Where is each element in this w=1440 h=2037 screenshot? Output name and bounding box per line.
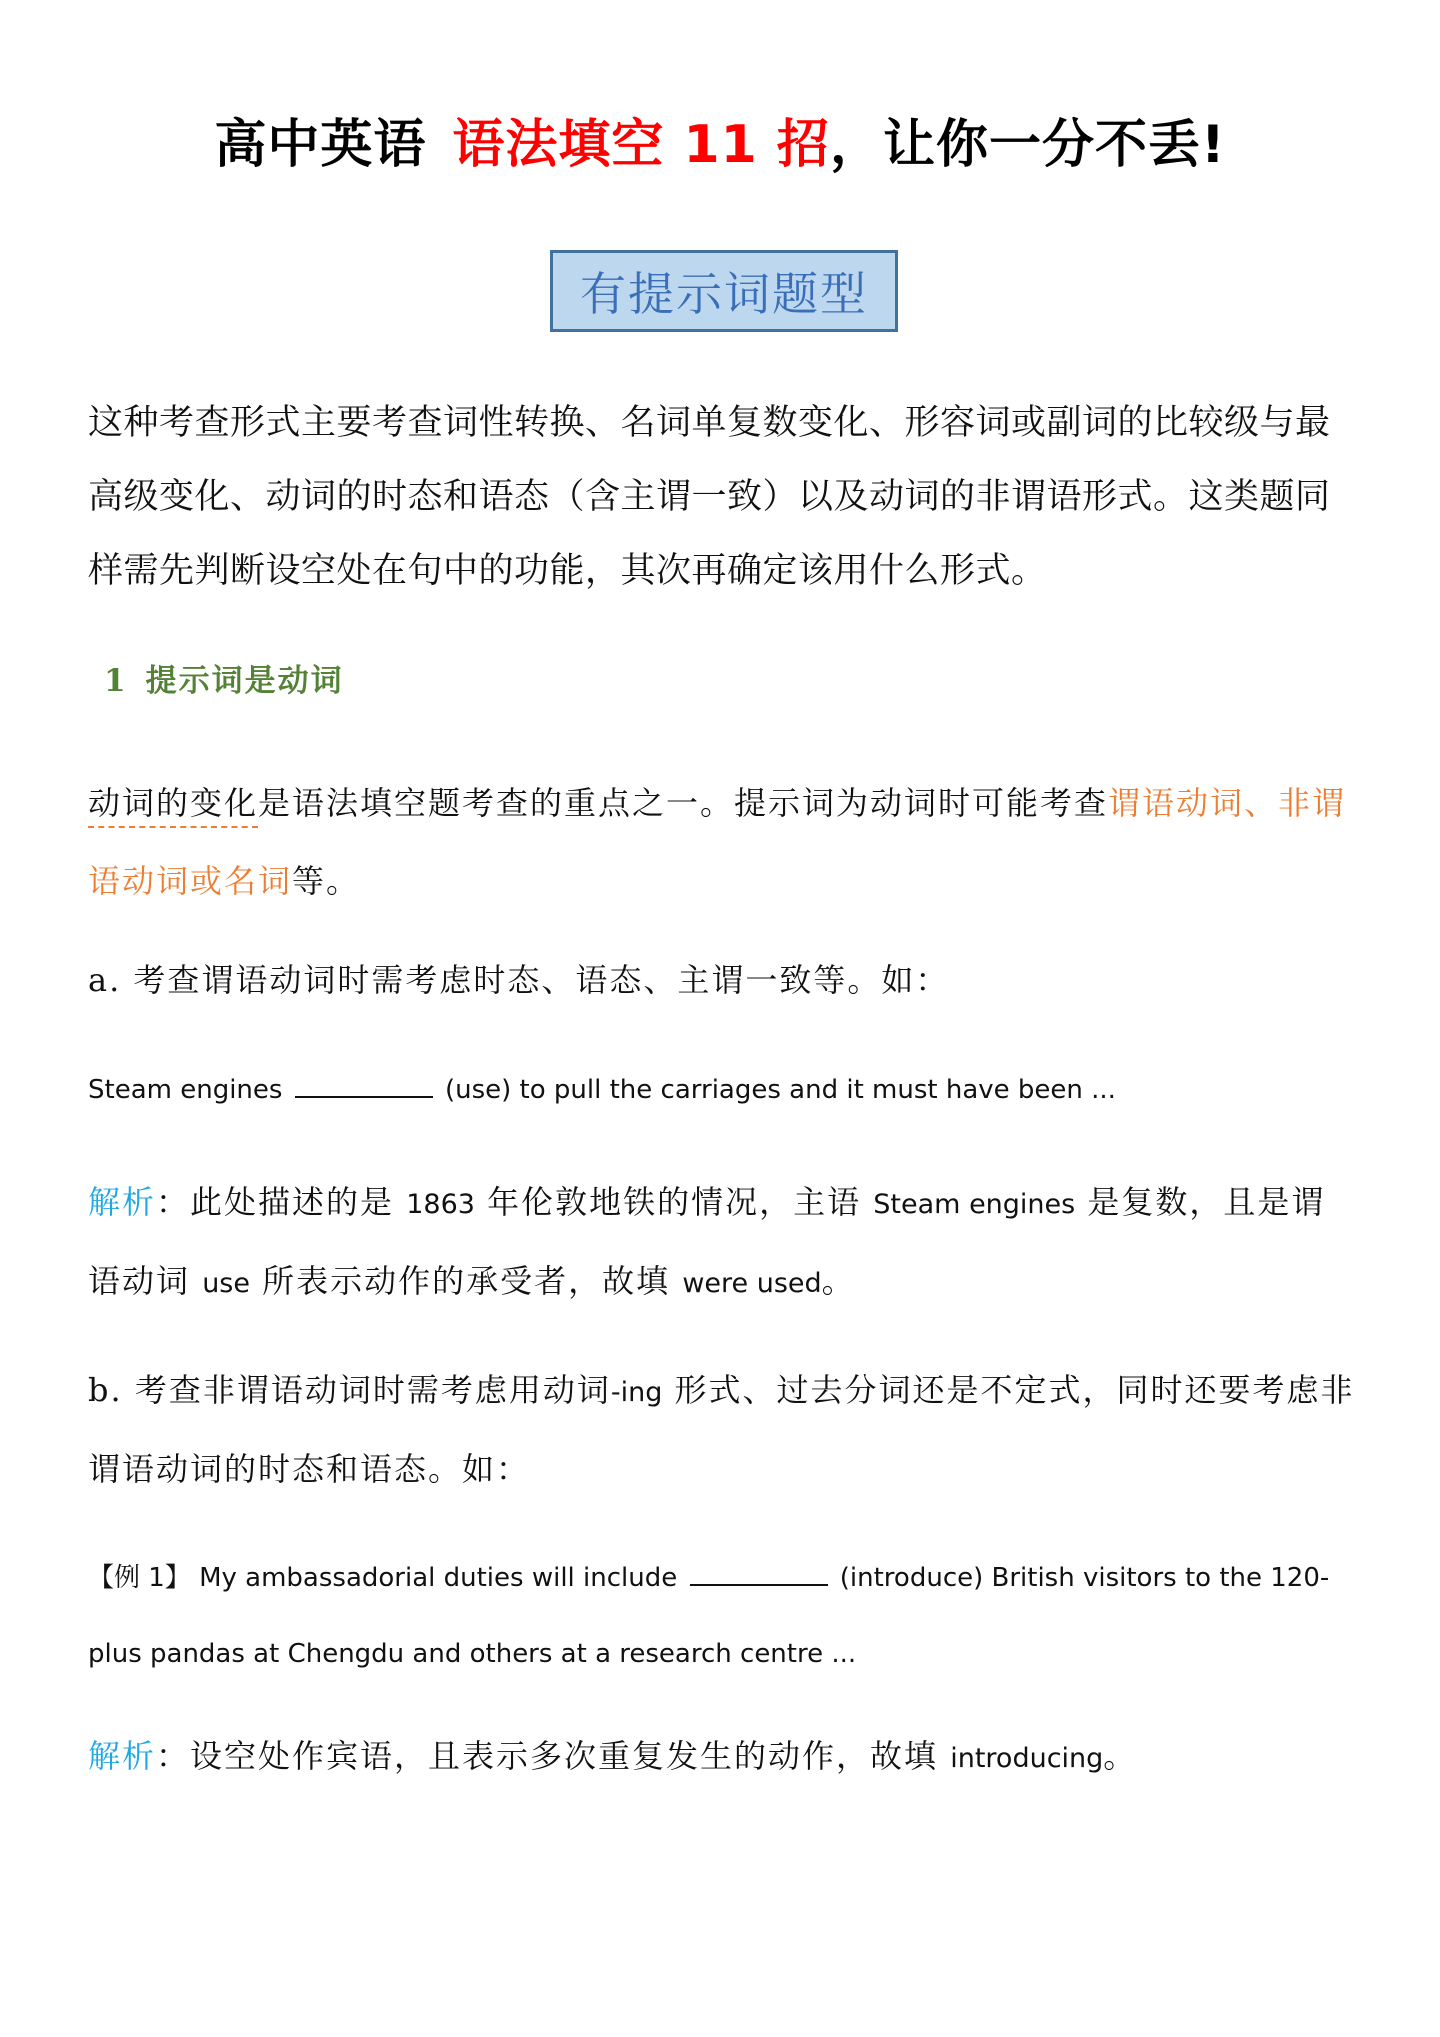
example-text-before: Steam engines bbox=[88, 1075, 282, 1105]
title-prefix: 高中英语 bbox=[214, 115, 426, 175]
example-text-after: (use) to pull the carriages and it must … bbox=[445, 1075, 1116, 1105]
fill-blank bbox=[295, 1074, 433, 1098]
example-text-before: My ambassadorial duties will include bbox=[199, 1563, 677, 1593]
analysis-end: 。 bbox=[822, 1262, 856, 1300]
example-tag: 【例 1】 bbox=[88, 1563, 191, 1593]
section-label-box: 有提示词题型 bbox=[550, 250, 898, 332]
example-1: 【例 1】 My ambassadorial duties will inclu… bbox=[88, 1540, 1358, 1692]
analysis-label: 解析 bbox=[88, 1183, 156, 1221]
point-b-ing: -ing bbox=[611, 1377, 663, 1408]
analysis-end: 。 bbox=[1103, 1737, 1137, 1775]
point-b-text: b. 考查非谓语动词时需考虑用动词 bbox=[88, 1371, 611, 1409]
analysis-text: 此处描述的是 bbox=[190, 1183, 406, 1221]
subheading-label: 提示词是动词 bbox=[146, 663, 344, 699]
analysis-answer: were used bbox=[682, 1268, 821, 1299]
analysis-text: 所表示动作的承受者，故填 bbox=[250, 1262, 682, 1300]
example-a-sentence: Steam engines (use) to pull the carriage… bbox=[88, 1070, 1116, 1110]
analysis-verb: use bbox=[202, 1268, 250, 1299]
analysis-year: 1863 bbox=[406, 1189, 475, 1220]
analysis-subject: Steam engines bbox=[873, 1189, 1075, 1220]
underlined-term: 动词的变化 bbox=[88, 784, 258, 822]
page-title: 高中英语语法填空 11 招，让你一分不丢! bbox=[0, 110, 1440, 180]
analysis-text: 设空处作宾语，且表示多次重复发生的动作，故填 bbox=[190, 1737, 950, 1775]
subheading-number: 1 bbox=[104, 663, 128, 699]
analysis-colon: ： bbox=[156, 1183, 190, 1221]
analysis-a: 解析：此处描述的是 1863 年伦敦地铁的情况，主语 Steam engines… bbox=[88, 1164, 1358, 1322]
paragraph-end: 等。 bbox=[292, 862, 360, 900]
subheading: 1提示词是动词 bbox=[104, 656, 344, 706]
fill-blank bbox=[690, 1562, 828, 1586]
intro-paragraph: 这种考查形式主要考查词性转换、名词单复数变化、形容词或副词的比较级与最高级变化、… bbox=[88, 386, 1358, 608]
analysis-colon: ： bbox=[156, 1737, 190, 1775]
analysis-text: 年伦敦地铁的情况，主语 bbox=[475, 1183, 873, 1221]
analysis-b: 解析：设空处作宾语，且表示多次重复发生的动作，故填 introducing。 bbox=[88, 1718, 1358, 1797]
title-accent: 语法填空 11 招 bbox=[452, 115, 830, 175]
paragraph-text: 是语法填空题考查的重点之一。提示词为动词时可能考查 bbox=[258, 784, 1108, 822]
verb-change-paragraph: 动词的变化是语法填空题考查的重点之一。提示词为动词时可能考查谓语动词、非谓语动词… bbox=[88, 764, 1358, 920]
analysis-label: 解析 bbox=[88, 1737, 156, 1775]
section-label: 有提示词题型 bbox=[580, 258, 868, 324]
analysis-answer: introducing bbox=[950, 1743, 1103, 1774]
point-b: b. 考查非谓语动词时需考虑用动词-ing 形式、过去分词还是不定式，同时还要考… bbox=[88, 1352, 1358, 1507]
point-a: a. 考查谓语动词时需考虑时态、语态、主谓一致等。如： bbox=[88, 950, 1358, 1010]
title-suffix: ，让你一分不丢! bbox=[830, 115, 1226, 175]
